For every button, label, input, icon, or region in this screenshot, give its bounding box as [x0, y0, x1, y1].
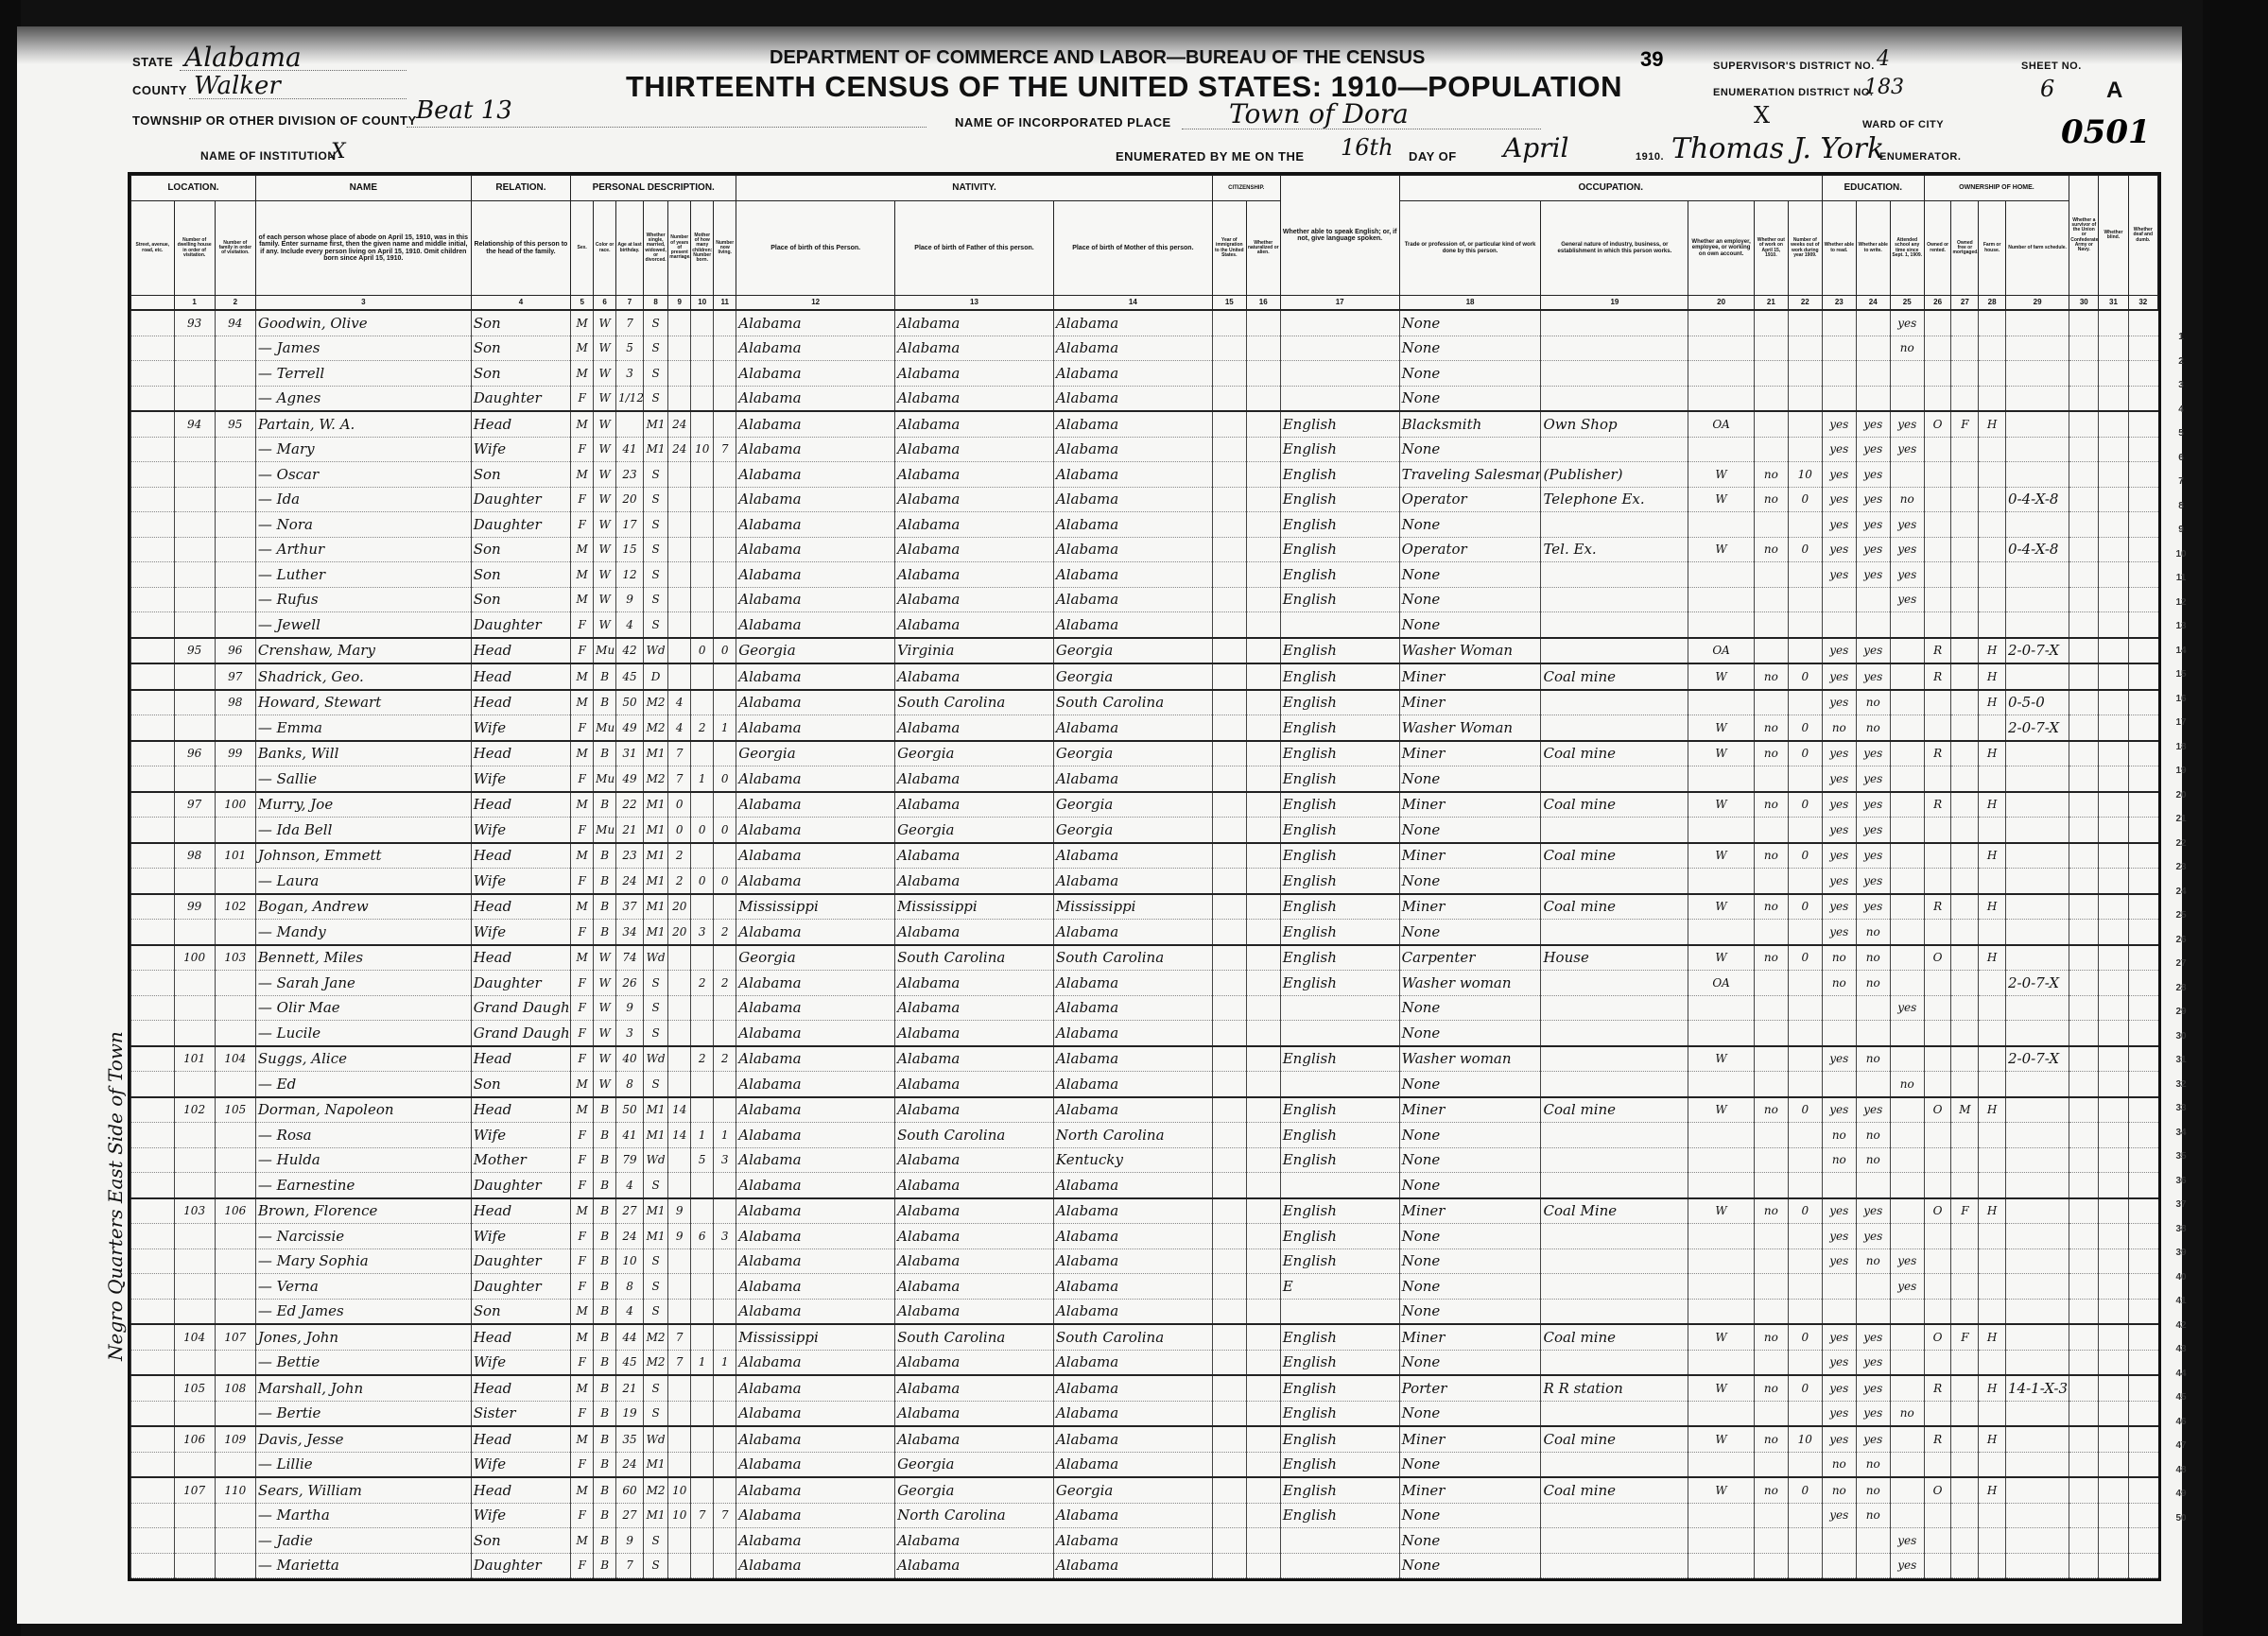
cell-mpob: Alabama: [1053, 766, 1212, 792]
cell-ind: Tel. Ex.: [1541, 537, 1688, 562]
cell-ms: S: [643, 1072, 667, 1097]
line-number: 48: [2167, 1458, 2195, 1483]
cell-fam: [215, 487, 255, 512]
cell-ind: [1541, 1528, 1688, 1554]
cell-own: [1924, 336, 1951, 361]
cell-name: — Oscar: [255, 462, 471, 488]
cell-yrs: [668, 1299, 691, 1324]
cell-read: yes: [1822, 869, 1856, 894]
cell-name: — Rufus: [255, 587, 471, 612]
cell-free: [1951, 462, 1979, 488]
cell-fam: 107: [215, 1324, 255, 1350]
cell-wks: [1788, 638, 1822, 664]
cell-empty: [2069, 1224, 2099, 1249]
cell-fam: [215, 612, 255, 638]
cell-yrs: 0: [668, 792, 691, 818]
cell-eng: English: [1280, 818, 1399, 843]
cell-living: [714, 1401, 736, 1426]
cell-free: [1951, 487, 1979, 512]
cell-fpob: Alabama: [895, 1224, 1054, 1249]
cell-read: yes: [1822, 1249, 1856, 1274]
cell-pob: Alabama: [736, 1046, 895, 1072]
cell-empty: [2099, 1147, 2128, 1173]
line-number: 8: [2167, 494, 2195, 519]
cell-empty: [2128, 638, 2157, 664]
cell-write: yes: [1856, 562, 1890, 588]
cell-eng: English: [1280, 1401, 1399, 1426]
cell-occ: None: [1399, 1249, 1541, 1274]
cell-occ: None: [1399, 1528, 1541, 1554]
cell-pob: Alabama: [736, 1503, 895, 1528]
cell-own: [1924, 818, 1951, 843]
cell-empty: [2128, 1274, 2157, 1300]
cell-codes: [2006, 361, 2069, 387]
cell-eng: [1280, 1173, 1399, 1198]
cell-fpob: Alabama: [895, 437, 1054, 462]
cell-name: Davis, Jesse: [255, 1426, 471, 1452]
cell-free: [1951, 1072, 1979, 1097]
cell-yrs: [668, 663, 691, 690]
cell-empty: [1212, 1021, 1246, 1046]
cell-sex: M: [571, 1072, 594, 1097]
cell-codes: 0-5-0: [2006, 690, 2069, 715]
cell-emp: [1688, 690, 1755, 715]
cell-free: [1951, 1123, 1979, 1148]
cell-empty: [2099, 1503, 2128, 1528]
table-row: — JewellDaughterFW4SAlabamaAlabamaAlabam…: [131, 612, 2158, 638]
cell-empty: [131, 638, 175, 664]
cell-born: [691, 361, 714, 387]
cell-occ: Operator: [1399, 487, 1541, 512]
cell-fh: H: [1979, 945, 2006, 971]
cell-empty: [131, 1224, 175, 1249]
cell-born: [691, 512, 714, 538]
cell-empty: [1246, 361, 1280, 387]
cell-free: [1951, 638, 1979, 664]
cell-dw: [174, 1553, 215, 1578]
cell-read: [1822, 1021, 1856, 1046]
header-c18: Trade or profession of, or particular ki…: [1399, 201, 1541, 296]
cell-race: B: [594, 1452, 616, 1477]
cell-oow: [1754, 386, 1788, 411]
cell-eng: English: [1280, 792, 1399, 818]
cell-rel: Daughter: [471, 1173, 571, 1198]
cell-rel: Son: [471, 361, 571, 387]
cell-codes: 0-4-X-8: [2006, 487, 2069, 512]
cell-dw: 103: [174, 1198, 215, 1224]
cell-rel: Wife: [471, 920, 571, 945]
cell-wks: [1788, 1299, 1822, 1324]
table-row: 98101Johnson, EmmettHeadMB23M12AlabamaAl…: [131, 843, 2158, 869]
cell-empty: [1212, 1528, 1246, 1554]
cell-fh: [1979, 995, 2006, 1021]
cell-empty: [1246, 843, 1280, 869]
cell-wks: 0: [1788, 1097, 1822, 1123]
cell-age: 20: [616, 487, 644, 512]
cell-empty: [2069, 1021, 2099, 1046]
year-label: 1910.: [1636, 151, 1664, 163]
cell-empty: [131, 1021, 175, 1046]
cell-empty: [2099, 1324, 2128, 1350]
line-number: 9: [2167, 518, 2195, 542]
cell-oow: [1754, 587, 1788, 612]
cell-empty: [2099, 1350, 2128, 1375]
cell-rel: Mother: [471, 1147, 571, 1173]
cell-occ: Blacksmith: [1399, 411, 1541, 437]
cell-occ: None: [1399, 995, 1541, 1021]
cell-ms: S: [643, 1401, 667, 1426]
cell-ind: [1541, 766, 1688, 792]
supervisor-district-value: 4: [1877, 47, 1890, 71]
cell-age: 12: [616, 562, 644, 588]
cell-ms: S: [643, 336, 667, 361]
cell-empty: [1246, 663, 1280, 690]
cell-race: W: [594, 487, 616, 512]
cell-read: yes: [1822, 1046, 1856, 1072]
cell-empty: [1246, 1224, 1280, 1249]
cell-empty: [1212, 1147, 1246, 1173]
cell-empty: [1212, 1249, 1246, 1274]
cell-rel: Head: [471, 1046, 571, 1072]
cell-emp: W: [1688, 462, 1755, 488]
cell-empty: [1212, 1452, 1246, 1477]
cell-ms: Wd: [643, 945, 667, 971]
cell-fam: [215, 1350, 255, 1375]
cell-ms: M2: [643, 1350, 667, 1375]
cell-occ: Miner: [1399, 663, 1541, 690]
cell-sex: F: [571, 1249, 594, 1274]
day-of-label: DAY OF: [1409, 149, 1457, 164]
cell-fh: [1979, 1249, 2006, 1274]
cell-race: B: [594, 894, 616, 920]
cell-race: W: [594, 1021, 616, 1046]
cell-emp: W: [1688, 1097, 1755, 1123]
cell-empty: [2099, 1401, 2128, 1426]
cell-mpob: North Carolina: [1053, 1123, 1212, 1148]
cell-wks: [1788, 386, 1822, 411]
cell-empty: [131, 971, 175, 996]
cell-rel: Grand Daughter: [471, 995, 571, 1021]
cell-empty: [131, 792, 175, 818]
cell-empty: [2128, 1503, 2157, 1528]
cell-empty: [131, 1147, 175, 1173]
cell-read: yes: [1822, 1426, 1856, 1452]
cell-occ: None: [1399, 1173, 1541, 1198]
cell-mpob: Alabama: [1053, 995, 1212, 1021]
cell-read: [1822, 1274, 1856, 1300]
cell-empty: [2128, 361, 2157, 387]
table-row: 106109Davis, JesseHeadMB35WdAlabamaAlaba…: [131, 1426, 2158, 1452]
cell-born: 1: [691, 1350, 714, 1375]
cell-age: 5: [616, 336, 644, 361]
cell-born: 10: [691, 437, 714, 462]
cell-dw: [174, 818, 215, 843]
cell-oow: no: [1754, 487, 1788, 512]
cell-empty: [131, 995, 175, 1021]
cell-empty: [1246, 741, 1280, 766]
cell-ind: [1541, 1350, 1688, 1375]
cell-school: no: [1890, 336, 1924, 361]
cell-sex: M: [571, 1324, 594, 1350]
cell-empty: [1246, 1503, 1280, 1528]
cell-own: [1924, 310, 1951, 336]
cell-ind: (Publisher): [1541, 462, 1688, 488]
cell-emp: W: [1688, 663, 1755, 690]
cell-empty: [1246, 945, 1280, 971]
cell-sex: M: [571, 537, 594, 562]
cell-age: 7: [616, 1553, 644, 1578]
cell-school: no: [1890, 1072, 1924, 1097]
cell-mpob: Alabama: [1053, 1299, 1212, 1324]
cell-eng: English: [1280, 1249, 1399, 1274]
cell-empty: [1246, 1046, 1280, 1072]
cell-school: [1890, 386, 1924, 411]
cell-fpob: Alabama: [895, 537, 1054, 562]
cell-empty: [131, 1299, 175, 1324]
cell-occ: None: [1399, 818, 1541, 843]
cell-empty: [2069, 690, 2099, 715]
cell-yrs: 20: [668, 894, 691, 920]
cell-oow: [1754, 1503, 1788, 1528]
cell-pob: Alabama: [736, 1375, 895, 1401]
cell-school: [1890, 1477, 1924, 1503]
cell-codes: [2006, 1350, 2069, 1375]
cell-ind: Coal mine: [1541, 1477, 1688, 1503]
cell-name: — Sallie: [255, 766, 471, 792]
cell-read: [1822, 361, 1856, 387]
cell-rel: Head: [471, 411, 571, 437]
cell-ind: [1541, 562, 1688, 588]
cell-empty: [2128, 1021, 2157, 1046]
cell-wks: [1788, 411, 1822, 437]
cell-rel: Head: [471, 1198, 571, 1224]
cell-codes: [2006, 1324, 2069, 1350]
cell-ms: S: [643, 1249, 667, 1274]
cell-wks: [1788, 690, 1822, 715]
cell-emp: [1688, 1350, 1755, 1375]
cell-occ: Miner: [1399, 1097, 1541, 1123]
cell-oow: [1754, 336, 1788, 361]
line-number: 33: [2167, 1096, 2195, 1121]
cell-empty: [1212, 386, 1246, 411]
cell-fam: [215, 587, 255, 612]
cell-eng: English: [1280, 920, 1399, 945]
table-row: — AgnesDaughterFW1/12SAlabamaAlabamaAlab…: [131, 386, 2158, 411]
cell-emp: W: [1688, 792, 1755, 818]
cell-empty: [1212, 638, 1246, 664]
cell-mpob: Alabama: [1053, 437, 1212, 462]
cell-ind: Coal mine: [1541, 792, 1688, 818]
cell-empty: [2099, 462, 2128, 488]
cell-rel: Daughter: [471, 971, 571, 996]
cell-pob: Alabama: [736, 869, 895, 894]
cell-codes: [2006, 1021, 2069, 1046]
cell-born: [691, 1072, 714, 1097]
cell-free: [1951, 1046, 1979, 1072]
cell-oow: no: [1754, 894, 1788, 920]
cell-fam: [215, 1299, 255, 1324]
cell-race: B: [594, 741, 616, 766]
cell-empty: [1212, 894, 1246, 920]
cell-born: [691, 386, 714, 411]
cell-write: no: [1856, 690, 1890, 715]
cell-rel: Wife: [471, 437, 571, 462]
cell-codes: [2006, 1249, 2069, 1274]
cell-ind: House: [1541, 945, 1688, 971]
line-number: 31: [2167, 1048, 2195, 1073]
cell-wks: 0: [1788, 843, 1822, 869]
cell-empty: [1212, 1097, 1246, 1123]
cell-empty: [2099, 1021, 2128, 1046]
cell-school: yes: [1890, 1553, 1924, 1578]
cell-age: 4: [616, 1173, 644, 1198]
cell-occ: Carpenter: [1399, 945, 1541, 971]
cell-read: [1822, 995, 1856, 1021]
cell-sex: M: [571, 310, 594, 336]
cell-mpob: Alabama: [1053, 1375, 1212, 1401]
line-number: 32: [2167, 1073, 2195, 1097]
cell-empty: [1246, 715, 1280, 741]
cell-occ: Miner: [1399, 1324, 1541, 1350]
cell-mpob: Alabama: [1053, 587, 1212, 612]
cell-oow: [1754, 1224, 1788, 1249]
cell-fpob: Alabama: [895, 512, 1054, 538]
cell-own: [1924, 1528, 1951, 1554]
cell-read: yes: [1822, 792, 1856, 818]
cell-rel: Wife: [471, 1503, 571, 1528]
cell-eng: English: [1280, 690, 1399, 715]
cell-eng: English: [1280, 1198, 1399, 1224]
cell-empty: [1212, 411, 1246, 437]
county-label: COUNTY: [132, 83, 187, 97]
header-personal: PERSONAL DESCRIPTION.: [571, 176, 736, 201]
cell-empty: [2099, 562, 2128, 588]
cell-empty: [131, 1452, 175, 1477]
cell-fam: 99: [215, 741, 255, 766]
cell-school: yes: [1890, 562, 1924, 588]
cell-name: — Martha: [255, 1503, 471, 1528]
cell-yrs: 10: [668, 1503, 691, 1528]
cell-living: 2: [714, 1046, 736, 1072]
cell-ms: S: [643, 537, 667, 562]
cell-codes: [2006, 792, 2069, 818]
line-number: 28: [2167, 976, 2195, 1001]
line-number: 24: [2167, 880, 2195, 904]
cell-dw: 106: [174, 1426, 215, 1452]
cell-empty: [2099, 843, 2128, 869]
township-label: TOWNSHIP OR OTHER DIVISION OF COUNTY: [132, 113, 417, 128]
cell-emp: W: [1688, 1477, 1755, 1503]
enumerated-day: 16th: [1341, 134, 1394, 161]
cell-mpob: Alabama: [1053, 1401, 1212, 1426]
cell-fpob: Alabama: [895, 766, 1054, 792]
line-number: 41: [2167, 1289, 2195, 1314]
cell-oow: no: [1754, 462, 1788, 488]
cell-empty: [2069, 1299, 2099, 1324]
cell-pob: Alabama: [736, 512, 895, 538]
cell-ms: M2: [643, 715, 667, 741]
cell-wks: [1788, 1123, 1822, 1148]
cell-empty: [2099, 945, 2128, 971]
cell-own: [1924, 1452, 1951, 1477]
cell-oow: no: [1754, 1477, 1788, 1503]
cell-ms: S: [643, 310, 667, 336]
cell-born: [691, 1249, 714, 1274]
cell-empty: [2128, 869, 2157, 894]
cell-race: Mu: [594, 638, 616, 664]
cell-empty: [2128, 487, 2157, 512]
cell-ind: Coal mine: [1541, 663, 1688, 690]
cell-codes: [2006, 587, 2069, 612]
cell-ind: Own Shop: [1541, 411, 1688, 437]
cell-empty: [2069, 487, 2099, 512]
cell-empty: [2099, 537, 2128, 562]
cell-ms: M1: [643, 818, 667, 843]
cell-empty: [131, 462, 175, 488]
cell-emp: [1688, 1123, 1755, 1148]
cell-oow: no: [1754, 1324, 1788, 1350]
cell-empty: [1246, 1375, 1280, 1401]
cell-wks: 0: [1788, 537, 1822, 562]
line-number: 47: [2167, 1434, 2195, 1458]
cell-ms: Wd: [643, 1147, 667, 1173]
cell-free: [1951, 1426, 1979, 1452]
cell-empty: [1212, 487, 1246, 512]
cell-empty: [2069, 1249, 2099, 1274]
cell-empty: [2069, 1503, 2099, 1528]
cell-codes: [2006, 766, 2069, 792]
line-numbers: 1234567891011121314151617181920212223242…: [2167, 325, 2195, 1530]
cell-oow: no: [1754, 537, 1788, 562]
line-number: 34: [2167, 1121, 2195, 1145]
cell-free: [1951, 361, 1979, 387]
cell-fpob: Alabama: [895, 1021, 1054, 1046]
cell-empty: [2069, 1350, 2099, 1375]
cell-name: Howard, Stewart: [255, 690, 471, 715]
cell-fpob: South Carolina: [895, 1324, 1054, 1350]
cell-fam: 95: [215, 411, 255, 437]
cell-empty: [131, 1072, 175, 1097]
cell-codes: [2006, 411, 2069, 437]
cell-rel: Daughter: [471, 512, 571, 538]
cell-ind: [1541, 1173, 1688, 1198]
cell-fam: [215, 1528, 255, 1554]
cell-mpob: Georgia: [1053, 663, 1212, 690]
cell-dw: [174, 612, 215, 638]
cell-empty: [2069, 1452, 2099, 1477]
cell-mpob: Alabama: [1053, 1452, 1212, 1477]
cell-own: [1924, 1046, 1951, 1072]
cell-empty: [2099, 1072, 2128, 1097]
cell-yrs: [668, 1553, 691, 1578]
cell-write: [1856, 1528, 1890, 1554]
cell-age: 45: [616, 663, 644, 690]
cell-emp: W: [1688, 487, 1755, 512]
cell-empty: [2128, 766, 2157, 792]
cell-empty: [131, 843, 175, 869]
cell-ind: Coal mine: [1541, 843, 1688, 869]
cell-age: 60: [616, 1477, 644, 1503]
cell-school: [1890, 741, 1924, 766]
cell-empty: [2128, 945, 2157, 971]
cell-empty: [2069, 386, 2099, 411]
cell-own: O: [1924, 1198, 1951, 1224]
cell-empty: [2069, 1198, 2099, 1224]
cell-age: 79: [616, 1147, 644, 1173]
cell-fh: H: [1979, 894, 2006, 920]
cell-empty: [131, 1046, 175, 1072]
township-line: [407, 127, 926, 128]
